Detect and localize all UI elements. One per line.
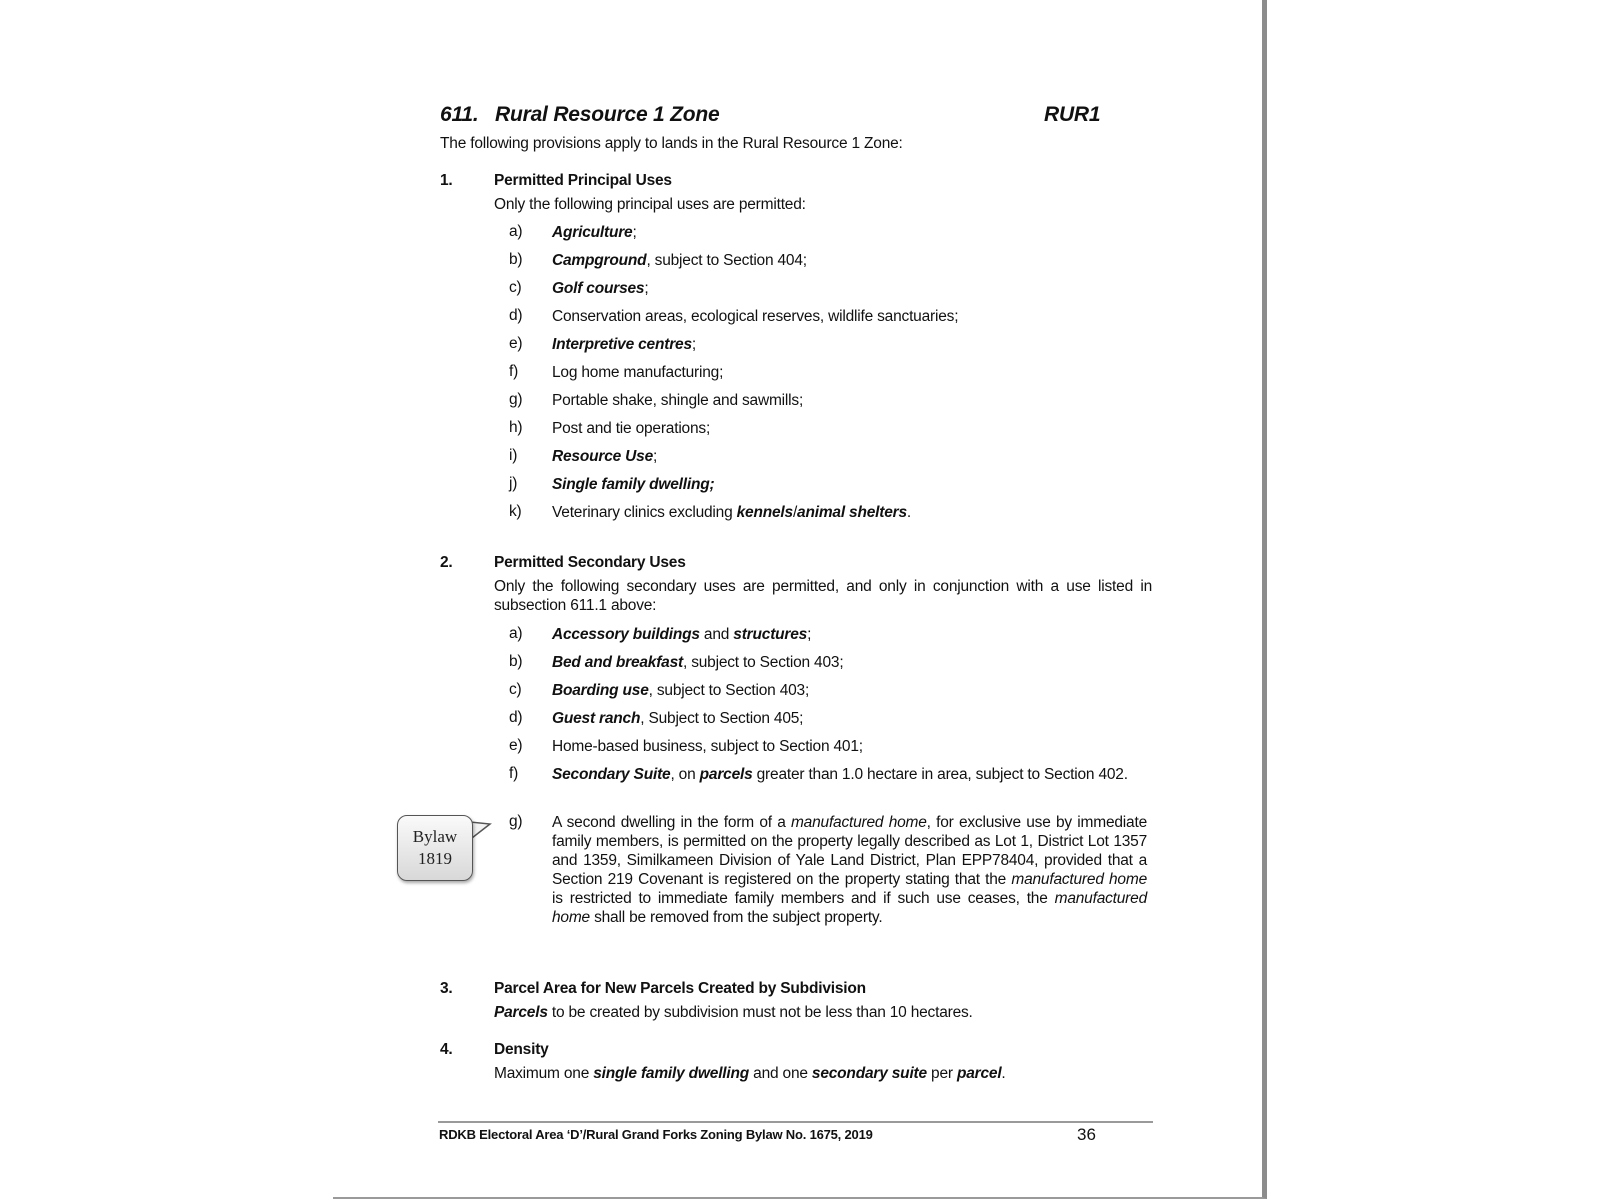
subsection-4-number: 4. — [440, 1041, 453, 1059]
secondary-use-item-label: g) — [509, 813, 522, 831]
secondary-use-item-text: Bed and breakfast, subject to Section 40… — [552, 653, 1147, 672]
principal-use-item-label: e) — [509, 335, 522, 353]
subsection-1-heading: Permitted Principal Uses — [494, 172, 672, 190]
bylaw-amendment-callout: Bylaw 1819 — [397, 815, 473, 881]
principal-use-item-label: b) — [509, 251, 522, 269]
section-number: 611. — [440, 103, 479, 127]
principal-use-item-label: i) — [509, 447, 517, 465]
footer-rule — [438, 1121, 1153, 1123]
subsection-2-number: 2. — [440, 554, 453, 572]
principal-use-item-label: f) — [509, 363, 518, 381]
principal-use-item-label: a) — [509, 223, 522, 241]
principal-use-item-label: g) — [509, 391, 522, 409]
principal-use-item-label: h) — [509, 419, 522, 437]
secondary-use-item-text: Accessory buildings and structures; — [552, 625, 1147, 644]
subsection-3-heading: Parcel Area for New Parcels Created by S… — [494, 980, 866, 998]
secondary-use-item-label: c) — [509, 681, 522, 699]
page-number: 36 — [1077, 1125, 1096, 1145]
subsection-3-number: 3. — [440, 980, 453, 998]
principal-use-item-text: Interpretive centres; — [552, 335, 1147, 354]
principal-use-item-label: k) — [509, 503, 522, 521]
secondary-use-item-text: Boarding use, subject to Section 403; — [552, 681, 1147, 700]
section-title: Rural Resource 1 Zone — [495, 103, 720, 127]
subsection-2-heading: Permitted Secondary Uses — [494, 554, 686, 572]
subsection-1-lead: Only the following principal uses are pe… — [494, 196, 806, 214]
principal-use-item-text: Golf courses; — [552, 279, 1147, 298]
subsection-2-lead: Only the following secondary uses are pe… — [494, 577, 1152, 615]
principal-use-item-text: Campground, subject to Section 404; — [552, 251, 1147, 270]
principal-use-item-text: Conservation areas, ecological reserves,… — [552, 307, 1147, 326]
subsection-3-body: Parcels to be created by subdivision mus… — [494, 1004, 973, 1022]
principal-use-item-text: Veterinary clinics excluding kennels/ani… — [552, 503, 1147, 522]
intro-text: The following provisions apply to lands … — [440, 135, 903, 153]
principal-use-item-text: Agriculture; — [552, 223, 1147, 242]
secondary-use-item-label: a) — [509, 625, 522, 643]
principal-use-item-label: c) — [509, 279, 522, 297]
secondary-use-item-text: Guest ranch, Subject to Section 405; — [552, 709, 1147, 728]
principal-use-item-text: Portable shake, shingle and sawmills; — [552, 391, 1147, 410]
principal-use-item-label: d) — [509, 307, 522, 325]
subsection-4-heading: Density — [494, 1041, 549, 1059]
principal-use-item-label: j) — [509, 475, 517, 493]
callout-line-1: Bylaw — [398, 826, 472, 848]
secondary-use-item-text: Secondary Suite, on parcels greater than… — [552, 765, 1147, 784]
principal-use-item-text: Log home manufacturing; — [552, 363, 1147, 382]
secondary-use-item-text: A second dwelling in the form of a manuf… — [552, 813, 1147, 927]
callout-tail — [470, 818, 492, 840]
subsection-1-number: 1. — [440, 172, 453, 190]
principal-use-item-text: Resource Use; — [552, 447, 1147, 466]
footer-text: RDKB Electoral Area ‘D’/Rural Grand Fork… — [439, 1127, 873, 1142]
secondary-use-item-label: b) — [509, 653, 522, 671]
subsection-4-body: Maximum one single family dwelling and o… — [494, 1065, 1006, 1083]
secondary-use-item-label: e) — [509, 737, 522, 755]
secondary-use-item-label: f) — [509, 765, 518, 783]
callout-line-2: 1819 — [398, 848, 472, 870]
secondary-use-item-label: d) — [509, 709, 522, 727]
zone-code: RUR1 — [1044, 103, 1100, 127]
principal-use-item-text: Post and tie operations; — [552, 419, 1147, 438]
secondary-use-item-text: Home-based business, subject to Section … — [552, 737, 1147, 756]
principal-use-item-text: Single family dwelling; — [552, 475, 1147, 494]
